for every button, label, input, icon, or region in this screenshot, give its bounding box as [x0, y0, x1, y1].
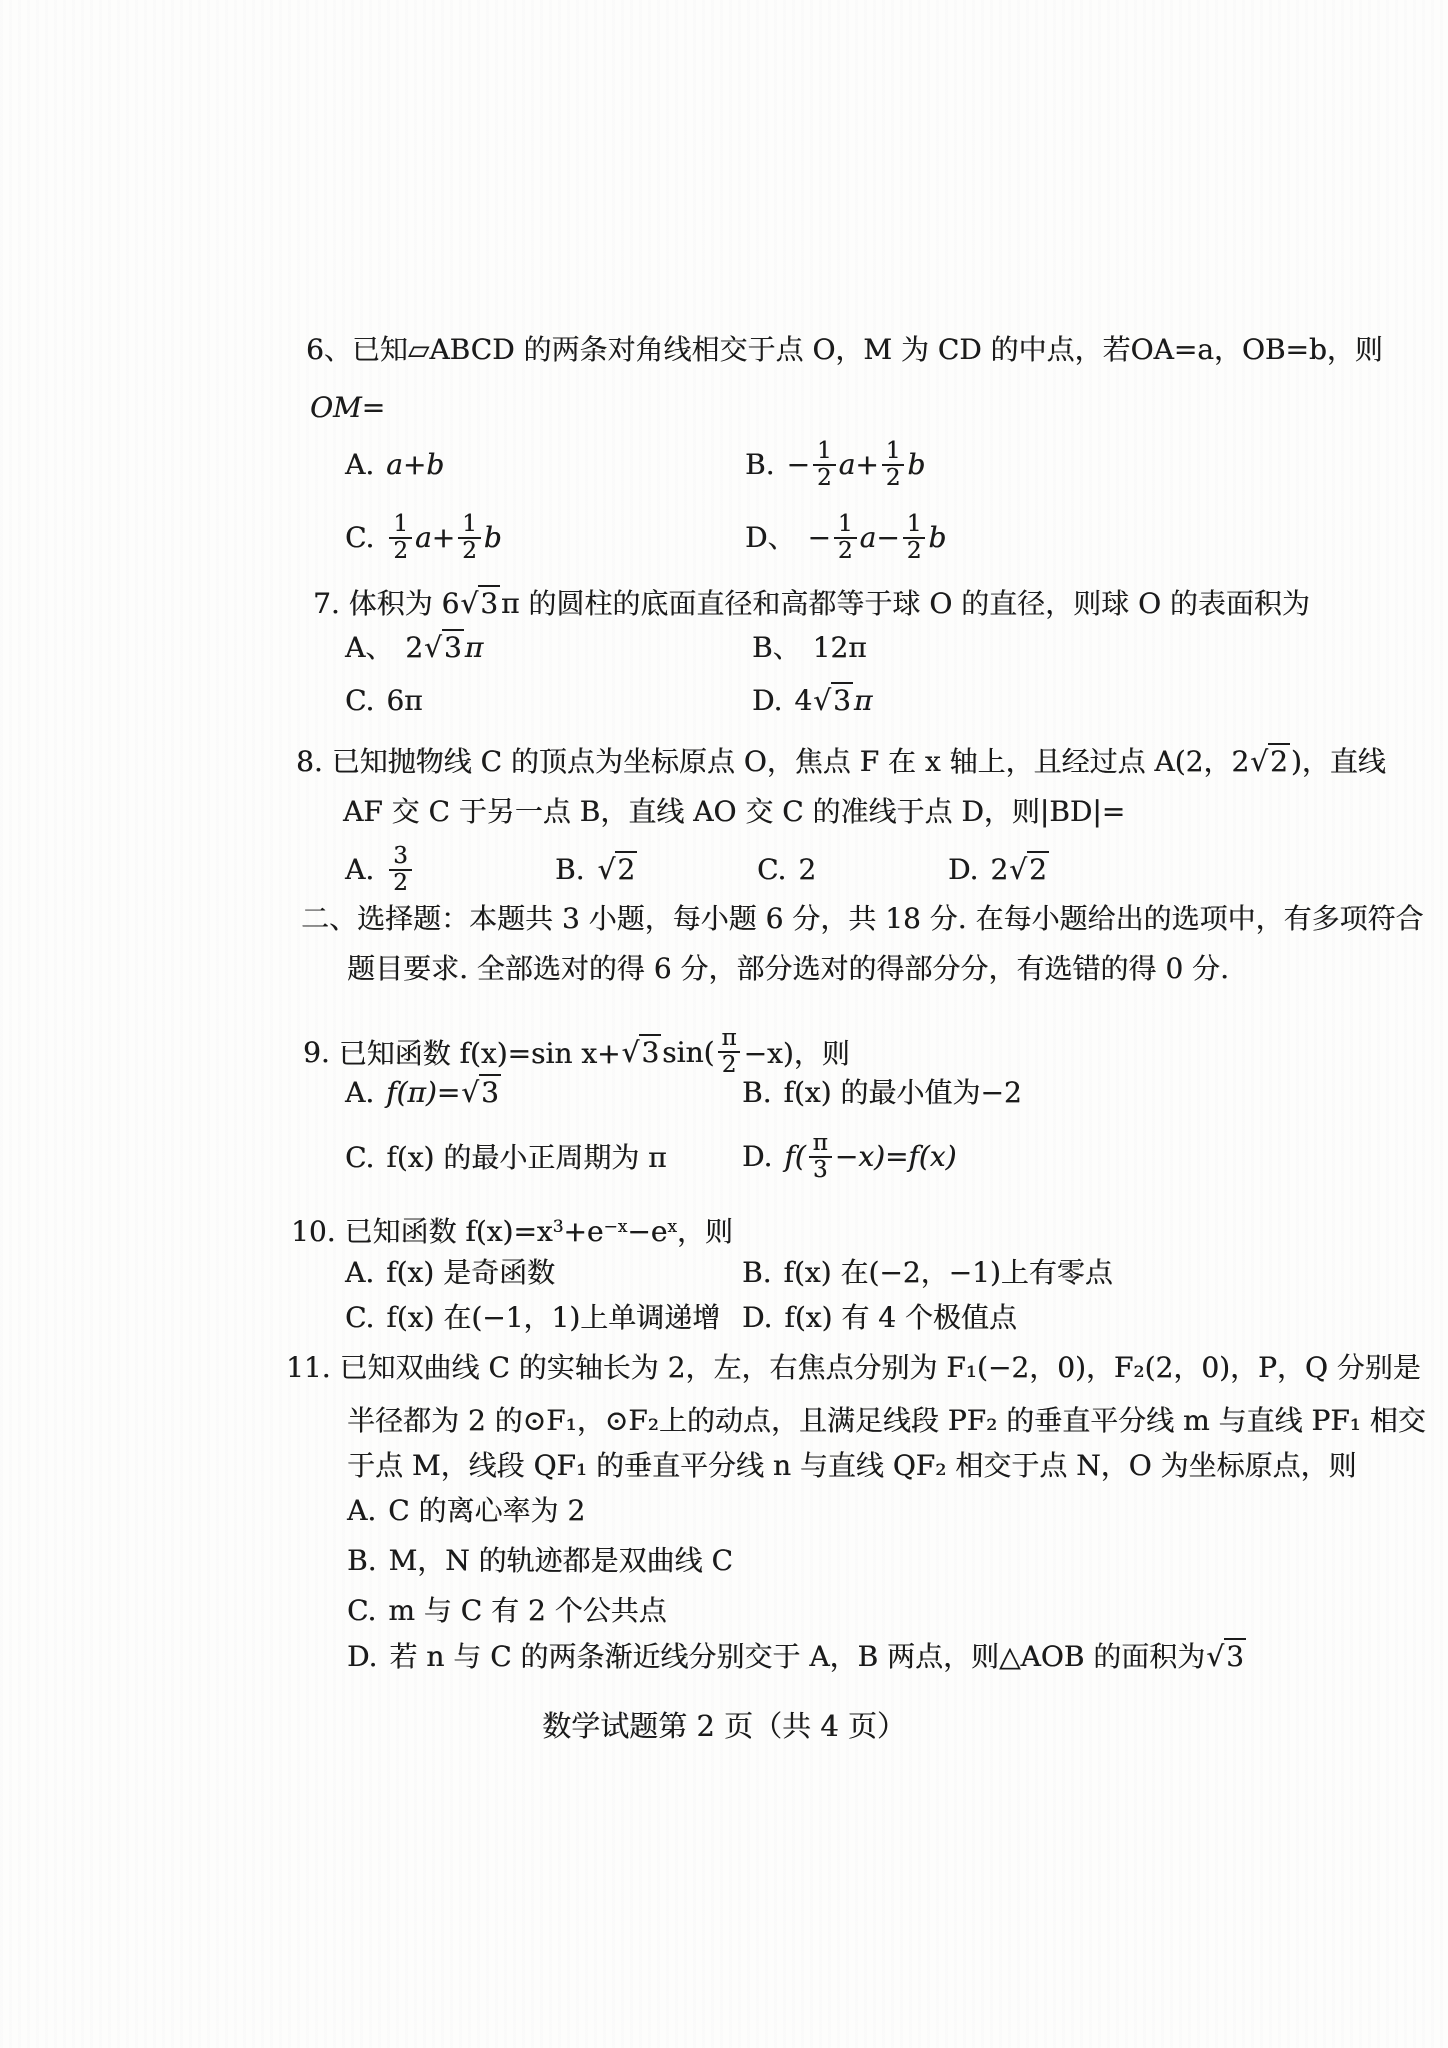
- q10-option-d: D.f(x) 有 4 个极值点: [742, 1301, 1017, 1335]
- q11-option-d-t1: 若 n 与 C 的两条渐近线分别交于 A，B 两点，则△AOB 的面积为: [389, 1640, 1205, 1674]
- q10-number: 10.: [291, 1215, 336, 1248]
- q10-option-a-label: A.: [345, 1256, 374, 1290]
- q6-option-d: D、−12a−12b: [745, 505, 946, 571]
- q9-option-b-label: B.: [742, 1076, 771, 1110]
- q11-line1: 11. 已知双曲线 C 的实轴长为 2，左，右焦点分别为 F₁(−2，0)，F₂…: [286, 1350, 1421, 1386]
- q7-option-d-label: D.: [752, 684, 782, 718]
- q6-option-d-mid: a−: [860, 521, 900, 555]
- sqrt-radicand: 3: [442, 629, 464, 664]
- q8-line2-text: AF 交 C 于另一点 B，直线 AO 交 C 的准线于点 D，则|BD|=: [343, 795, 1125, 828]
- q7-option-d-t1: 4: [794, 684, 812, 718]
- q11-line3: 于点 M，线段 QF₁ 的垂直平分线 n 与直线 QF₂ 相交于点 N，O 为坐…: [347, 1448, 1356, 1484]
- q11-option-b-text: M，N 的轨迹都是双曲线 C: [388, 1544, 732, 1578]
- q8-line2: AF 交 C 于另一点 B，直线 AO 交 C 的准线于点 D，则|BD|=: [343, 794, 1125, 830]
- page-footer-text: 数学试题第 2 页（共 4 页）: [542, 1709, 906, 1743]
- q8-line1: 8. 已知抛物线 C 的顶点为坐标原点 O，焦点 F 在 x 轴上，且经过点 A…: [296, 744, 1386, 780]
- q8-option-c-text: 2: [798, 853, 816, 887]
- fraction-denominator: 2: [389, 869, 412, 896]
- q10-option-c-text: f(x) 在(−1，1)上单调递增: [386, 1301, 720, 1335]
- q9-option-b-text: f(x) 的最小值为−2: [783, 1076, 1021, 1110]
- q10-option-b-label: B.: [742, 1256, 771, 1290]
- q10-line1-b: +e: [563, 1215, 603, 1248]
- q11-option-c: C.m 与 C 有 2 个公共点: [347, 1594, 667, 1628]
- q8-line1-a: 已知抛物线 C 的顶点为坐标原点 O，焦点 F 在 x 轴上，且经过点 A(2，…: [332, 745, 1250, 778]
- fraction: 12: [834, 512, 857, 564]
- sqrt-radicand: 2: [1268, 743, 1290, 778]
- fraction-numerator: 1: [389, 512, 412, 537]
- q6-option-b: B.−12a+12b: [745, 432, 925, 498]
- q6-option-d-label: D、: [745, 521, 795, 555]
- fraction-numerator: 1: [903, 512, 926, 537]
- q11-option-b: B.M，N 的轨迹都是双曲线 C: [347, 1544, 733, 1578]
- q6-option-b-label: B.: [745, 448, 774, 482]
- q7-option-a: A、2√3π: [345, 631, 483, 665]
- q11-option-c-label: C.: [347, 1594, 376, 1628]
- q7-option-d-t2: π: [854, 684, 872, 718]
- q7-option-c-label: C.: [345, 684, 374, 718]
- sqrt-sign: √: [813, 684, 831, 717]
- sqrt-sign: √: [460, 587, 478, 620]
- sqrt-radicand: 3: [639, 1034, 661, 1069]
- sqrt-expression: √2: [1250, 745, 1290, 778]
- section2-header-line2: 题目要求. 全部选对的得 6 分，部分选对的得部分分，有选错的得 0 分.: [347, 951, 1229, 987]
- sqrt-expression: √3: [460, 587, 500, 620]
- q10-option-d-text: f(x) 有 4 个极值点: [784, 1301, 1017, 1335]
- sqrt-sign: √: [1206, 1640, 1224, 1673]
- q7-option-a-t1: 2: [405, 631, 423, 665]
- q10-option-a-text: f(x) 是奇函数: [386, 1256, 555, 1290]
- q6-option-b-post: b: [907, 448, 925, 482]
- q8-option-a: A.32: [345, 837, 415, 903]
- fraction-numerator: 1: [882, 439, 905, 464]
- q7-option-d: D.4√3π: [752, 684, 872, 718]
- fraction-denominator: 2: [718, 1051, 741, 1078]
- fraction-numerator: 3: [389, 844, 412, 869]
- q9-option-d: D.f(π3−x)=f(x): [742, 1124, 956, 1190]
- q11-line2-text: 半径都为 2 的⊙F₁，⊙F₂上的动点，且满足线段 PF₂ 的垂直平分线 m 与…: [347, 1404, 1426, 1437]
- section2-header-line2-text: 题目要求. 全部选对的得 6 分，部分选对的得部分分，有选错的得 0 分.: [347, 952, 1229, 985]
- sqrt-expression: √2: [1009, 853, 1049, 887]
- sqrt-sign: √: [1250, 745, 1268, 778]
- q7-option-c-text: 6π: [386, 684, 422, 718]
- q8-option-c-label: C.: [757, 853, 786, 887]
- q8-option-a-label: A.: [345, 853, 374, 887]
- q9-option-a: A.f(π)=√3: [345, 1076, 502, 1110]
- sqrt-expression: √3: [813, 684, 853, 718]
- sqrt-sign: √: [1009, 853, 1027, 886]
- fraction-numerator: 1: [458, 512, 481, 537]
- q9-option-a-t1: f(π)=: [386, 1076, 460, 1110]
- q9-line1: 9. 已知函数 f(x)=sin x+√3sin(π2−x)，则: [303, 1020, 850, 1084]
- q9-option-b: B.f(x) 的最小值为−2: [742, 1076, 1022, 1110]
- q6-option-b-mid: a+: [839, 448, 879, 482]
- q7-option-b-text: 12π: [813, 631, 867, 665]
- q11-option-b-label: B.: [347, 1544, 376, 1578]
- sqrt-radicand: 3: [478, 585, 500, 620]
- q9-line1-a: 已知函数 f(x)=sin x+: [339, 1032, 621, 1072]
- fraction-numerator: π: [809, 1131, 832, 1156]
- q7-option-b-label: B、: [752, 631, 801, 665]
- sqrt-radicand: 2: [615, 851, 637, 886]
- q9-option-c: C.f(x) 的最小正周期为 π: [345, 1141, 667, 1175]
- fraction: 12: [813, 439, 836, 491]
- q9-option-c-label: C.: [345, 1141, 374, 1175]
- q7-option-c: C.6π: [345, 684, 423, 718]
- fraction-numerator: π: [717, 1026, 740, 1051]
- q6-option-a-label: A.: [345, 448, 374, 482]
- q9-option-d-t1: f(: [784, 1140, 805, 1174]
- q7-line1-a: 体积为 6: [349, 587, 460, 620]
- exam-page: 6、已知▱ABCD 的两条对角线相交于点 O，M 为 CD 的中点，若OA=a，…: [0, 0, 1448, 2048]
- q9-option-a-label: A.: [345, 1076, 374, 1110]
- q9-option-d-label: D.: [742, 1140, 772, 1174]
- section2-header-line1: 二、选择题：本题共 3 小题，每小题 6 分，共 18 分. 在每小题给出的选项…: [301, 901, 1423, 937]
- q10-line1-c: −e: [627, 1215, 667, 1248]
- q10-option-a: A.f(x) 是奇函数: [345, 1256, 555, 1290]
- q6-option-c-post: b: [484, 521, 502, 555]
- sqrt-radicand: 3: [831, 682, 853, 717]
- q11-option-a: A.C 的离心率为 2: [347, 1494, 585, 1528]
- q11-option-a-text: C 的离心率为 2: [388, 1494, 585, 1528]
- q10-option-c: C.f(x) 在(−1，1)上单调递增: [345, 1301, 720, 1335]
- sqrt-sign: √: [461, 1076, 479, 1109]
- q11-line1-text: 已知双曲线 C 的实轴长为 2，左，右焦点分别为 F₁(−2，0)，F₂(2，0…: [339, 1351, 1420, 1384]
- q8-option-d-label: D.: [948, 853, 978, 887]
- sqrt-expression: √3: [1206, 1640, 1246, 1674]
- fraction-denominator: 2: [834, 537, 857, 564]
- q8-line1-b: )，直线: [1291, 745, 1386, 778]
- fraction-denominator: 2: [903, 537, 926, 564]
- q11-option-c-text: m 与 C 有 2 个公共点: [388, 1594, 666, 1628]
- sqrt-sign: √: [622, 1036, 640, 1069]
- q6-line2: OM=: [310, 390, 385, 426]
- q11-line2: 半径都为 2 的⊙F₁，⊙F₂上的动点，且满足线段 PF₂ 的垂直平分线 m 与…: [347, 1403, 1426, 1439]
- section2-header-line1-text: 二、选择题：本题共 3 小题，每小题 6 分，共 18 分. 在每小题给出的选项…: [301, 902, 1423, 935]
- q6-line2-text: OM=: [310, 391, 385, 424]
- sqrt-expression: √3: [622, 1036, 662, 1069]
- q6-option-c-label: C.: [345, 521, 374, 555]
- q8-number: 8.: [296, 745, 323, 778]
- q8-option-d-t1: 2: [990, 853, 1008, 887]
- q7-line1: 7. 体积为 6√3π 的圆柱的底面直径和高都等于球 O 的直径，则球 O 的表…: [313, 586, 1310, 622]
- q6-number: 6、: [306, 333, 352, 366]
- q10-option-b: B.f(x) 在(−2，−1)上有零点: [742, 1256, 1113, 1290]
- q11-option-a-label: A.: [347, 1494, 376, 1528]
- sqrt-expression: √3: [461, 1076, 501, 1110]
- q11-option-d: D.若 n 与 C 的两条渐近线分别交于 A，B 两点，则△AOB 的面积为√3: [347, 1640, 1247, 1674]
- fraction: 12: [389, 512, 412, 564]
- q9-number: 9.: [303, 1036, 330, 1069]
- fraction: 12: [458, 512, 481, 564]
- sqrt-radicand: 2: [1027, 851, 1049, 886]
- q7-option-b: B、12π: [752, 631, 867, 665]
- q10-exponent-2: −x: [603, 1217, 627, 1237]
- q6-line1-text: 已知▱ABCD 的两条对角线相交于点 O，M 为 CD 的中点，若OA=a，OB…: [352, 333, 1383, 366]
- q11-option-d-label: D.: [347, 1640, 377, 1674]
- fraction: 12: [903, 512, 926, 564]
- sqrt-expression: √2: [597, 853, 637, 887]
- fraction-denominator: 2: [389, 537, 412, 564]
- q11-number: 11.: [286, 1351, 331, 1384]
- q8-option-d: D.2√2: [948, 853, 1050, 887]
- q7-number: 7.: [313, 587, 340, 620]
- fraction-denominator: 3: [809, 1156, 832, 1183]
- q10-exponent-3: x: [667, 1217, 677, 1237]
- fraction-numerator: 1: [834, 512, 857, 537]
- q10-option-d-label: D.: [742, 1301, 772, 1335]
- sqrt-expression: √3: [424, 631, 464, 665]
- q6-option-c-mid: a+: [415, 521, 455, 555]
- fraction-denominator: 2: [813, 464, 836, 491]
- sqrt-radicand: 3: [1224, 1638, 1246, 1673]
- q6-option-d-post: b: [928, 521, 946, 555]
- q7-option-a-label: A、: [345, 631, 393, 665]
- q7-line1-b: π 的圆柱的底面直径和高都等于球 O 的直径，则球 O 的表面积为: [501, 587, 1310, 620]
- q10-line1: 10. 已知函数 f(x)=x3+e−x−ex，则: [291, 1214, 733, 1250]
- q11-line3-text: 于点 M，线段 QF₁ 的垂直平分线 n 与直线 QF₂ 相交于点 N，O 为坐…: [347, 1449, 1356, 1482]
- q6-option-a: A.a+b: [345, 448, 444, 482]
- fraction: 32: [389, 844, 412, 896]
- fraction: 12: [882, 439, 905, 491]
- q10-option-b-text: f(x) 在(−2，−1)上有零点: [783, 1256, 1112, 1290]
- q8-option-b-label: B.: [555, 853, 584, 887]
- fraction: π2: [717, 1026, 740, 1078]
- q9-option-c-text: f(x) 的最小正周期为 π: [386, 1141, 666, 1175]
- q7-option-a-t2: π: [465, 631, 483, 665]
- sqrt-sign: √: [597, 853, 615, 886]
- q6-option-b-sign: −: [786, 448, 809, 482]
- fraction-numerator: 1: [813, 439, 836, 464]
- q6-option-c: C.12a+12b: [345, 505, 502, 571]
- q8-option-c: C.2: [757, 853, 816, 887]
- q10-exponent-1: 3: [553, 1217, 564, 1237]
- fraction: π3: [809, 1131, 832, 1183]
- q6-line1: 6、已知▱ABCD 的两条对角线相交于点 O，M 为 CD 的中点，若OA=a，…: [306, 332, 1383, 368]
- sqrt-radicand: 3: [479, 1074, 501, 1109]
- q6-option-a-text: a+b: [386, 448, 444, 482]
- fraction-denominator: 2: [882, 464, 905, 491]
- q6-option-d-sign: −: [807, 521, 830, 555]
- q9-line1-b: sin(: [662, 1036, 714, 1069]
- sqrt-sign: √: [424, 631, 442, 664]
- q10-line1-d: ，则: [677, 1215, 733, 1248]
- fraction-denominator: 2: [458, 537, 481, 564]
- q9-line1-c: −x)，则: [744, 1032, 850, 1072]
- q8-option-b: B.√2: [555, 853, 638, 887]
- page-footer: 数学试题第 2 页（共 4 页）: [0, 1708, 1448, 1744]
- q10-option-c-label: C.: [345, 1301, 374, 1335]
- q10-line1-a: 已知函数 f(x)=x: [344, 1215, 552, 1248]
- q9-option-d-t2: −x)=f(x): [835, 1140, 957, 1174]
